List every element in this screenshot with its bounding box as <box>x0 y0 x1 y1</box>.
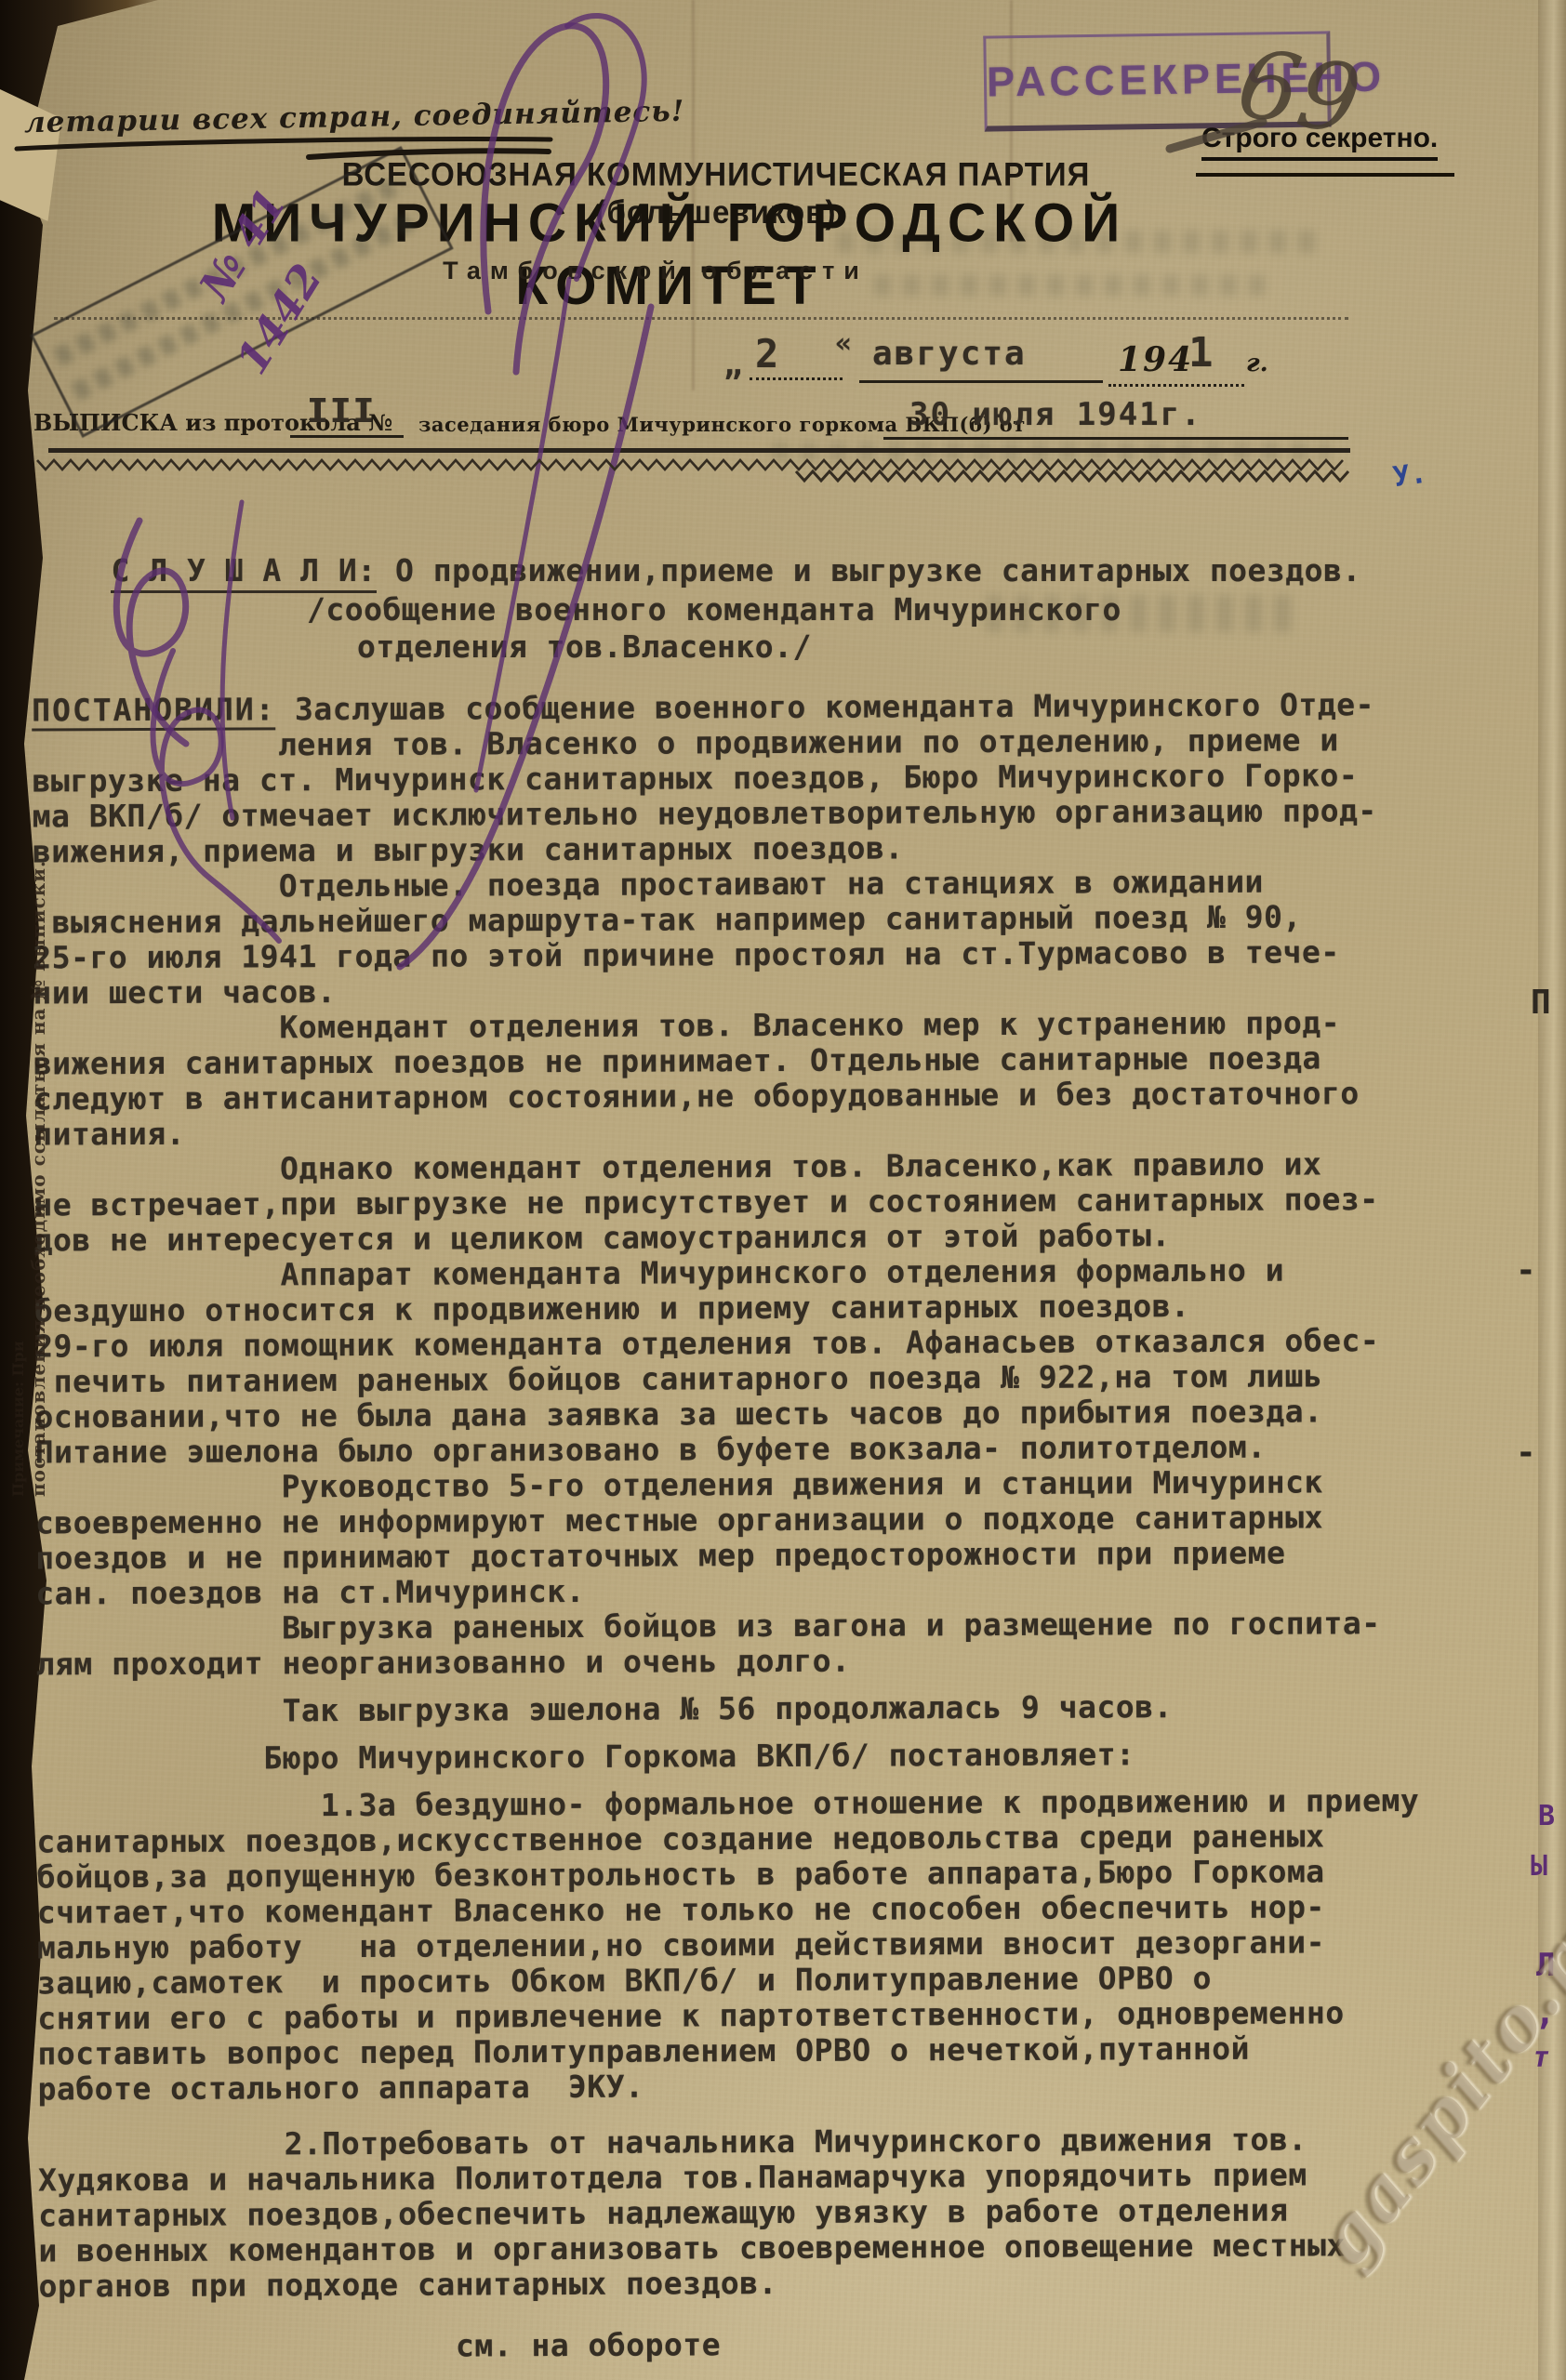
edge-fragment: П <box>1531 984 1551 1022</box>
typed-line: работе остального аппарата ЭКУ. <box>38 2066 1526 2108</box>
resolved-label: ПОСТАНОВИЛИ: <box>32 691 276 731</box>
secrecy-underline <box>1196 173 1454 177</box>
edge-fragment: В <box>1538 1800 1555 1832</box>
date-underline <box>1108 384 1244 387</box>
typed-line: Так выгрузка эшелона № 56 продолжалась 9… <box>36 1688 1524 1730</box>
date-year-typed-digit: 1 <box>1188 329 1214 377</box>
typed-line: лям проходит неорганизованно и очень дол… <box>36 1641 1524 1683</box>
session-date: 30 июля 1941г. <box>909 396 1202 433</box>
scanned-document-page: летарии всех стран, соединяйтесь! ВСЕСОЮ… <box>0 0 1566 2380</box>
edge-fragment: - <box>1516 1251 1536 1289</box>
typed-line: мальную работу на отделении,но своими де… <box>37 1924 1525 1966</box>
typed-line: Худякова и начальника Политотдела тов.Па… <box>38 2157 1526 2199</box>
date-underline <box>859 380 1103 383</box>
typed-line: основании,что не была дана заявка за шес… <box>34 1394 1522 1435</box>
zigzag-line <box>37 460 1343 469</box>
margin-vertical-note: Примечание: При постановления необходимо… <box>9 614 49 1497</box>
date-close-quote: « <box>835 327 852 360</box>
typed-line: снятии его с работы и привлечение к парт… <box>37 1995 1525 2037</box>
date-underline <box>750 377 843 380</box>
typed-line: ма ВКП/б/ отмечает исключительно неудовл… <box>33 793 1520 835</box>
protocol-number-underline <box>290 435 404 438</box>
date-open-quote: „ <box>723 346 742 383</box>
margin-note-line: Примечание: При <box>9 614 27 1497</box>
region-subtitle: Тамбовской области <box>414 257 897 285</box>
heard-label: С Л У Ш А Л И: <box>111 552 376 593</box>
date-day: 2 <box>755 331 778 377</box>
date-year-suffix: г. <box>1246 350 1268 377</box>
heard-note-line: отделения тов.Власенко./ <box>357 628 812 666</box>
session-date-underline <box>883 437 1348 440</box>
heard-topic: О продвижении,приеме и выгрузке санитарн… <box>377 552 1361 588</box>
date-year-printed: 194 <box>1118 340 1193 379</box>
resolution-body: ПОСТАНОВИЛИ: Заслушав сообщение военного… <box>32 687 1527 2366</box>
pencil-page-number: 69 <box>1230 28 1368 158</box>
thick-divider-rule <box>48 448 1350 453</box>
typed-line: 25-го июля 1941 года по этой причине про… <box>33 934 1520 976</box>
typed-line: и военных комендантов и организовать сво… <box>38 2228 1526 2269</box>
typed-line: Выгрузка раненых бойцов из вагона и разм… <box>35 1606 1523 1647</box>
zigzag-divider <box>37 460 1348 481</box>
typed-line: не встречает,при выгрузке не присутствуе… <box>33 1182 1521 1223</box>
resolution-lines: ления тов. Власенко о продвижении по отд… <box>32 722 1527 2366</box>
edge-fragment: - <box>1516 1434 1536 1472</box>
resolved-first-text: Заслушав сообщение военного коменданта М… <box>275 686 1374 727</box>
typed-line: своевременно не информируют местные орга… <box>35 1500 1523 1541</box>
typed-line: см. на обороте <box>39 2324 1527 2366</box>
edge-fragment: Ы <box>1531 1850 1547 1883</box>
slogan-underline <box>17 139 551 149</box>
typed-line: Бюро Мичуринского Горкома ВКП/б/ постано… <box>36 1736 1524 1778</box>
typed-line: следуют в антисанитарном состоянии,не об… <box>33 1076 1521 1117</box>
heard-note-line: /сообщение военного коменданта Мичуринск… <box>307 591 1121 628</box>
date-month: августа <box>872 335 1027 373</box>
zigzag-line <box>796 471 1348 481</box>
protocol-number: III <box>307 392 376 430</box>
blue-ink-mark: У. <box>1391 457 1429 495</box>
typed-line: органов при подходе санитарных поездов. <box>38 2263 1526 2305</box>
slogan-line: летарии всех стран, соединяйтесь! <box>24 95 685 139</box>
margin-note-line: постановления необходимо ссылаться на № … <box>27 614 49 1497</box>
